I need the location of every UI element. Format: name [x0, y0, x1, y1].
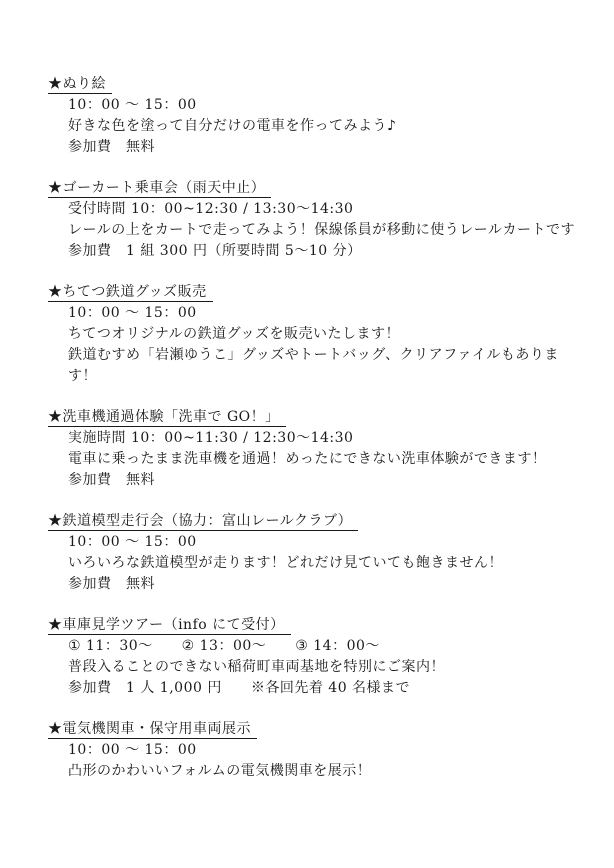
- event-title-text: ★鉄道模型走行会（協力：富山レールクラブ）: [48, 513, 358, 531]
- event-section-locomotive-display: ★電気機関車・保守用車両展示 10：00 ～ 15：00 凸形のかわいいフォルム…: [48, 719, 578, 782]
- event-title: ★電気機関車・保守用車両展示: [48, 719, 578, 740]
- event-section-gokart: ★ゴーカート乗車会（雨天中止） 受付時間 10：00~12:30 / 13:30…: [48, 178, 578, 262]
- event-title-text: ★車庫見学ツアー（info にて受付）: [48, 617, 291, 635]
- event-section-nurie: ★ぬり絵 10：00 ～ 15：00 好きな色を塗って自分だけの電車を作ってみよ…: [48, 74, 578, 158]
- event-fee: 参加費 無料: [68, 574, 578, 595]
- event-title-text: ★電気機関車・保守用車両展示: [48, 721, 257, 739]
- event-title: ★ちてつ鉄道グッズ販売: [48, 282, 578, 303]
- event-flyer-page: ★ぬり絵 10：00 ～ 15：00 好きな色を塗って自分だけの電車を作ってみよ…: [0, 0, 614, 868]
- event-title-text: ★ちてつ鉄道グッズ販売: [48, 284, 213, 302]
- event-description: 電車に乗ったまま洗車機を通過！めったにできない洗車体験ができます！: [68, 449, 578, 470]
- event-section-model-trains: ★鉄道模型走行会（協力：富山レールクラブ） 10：00 ～ 15：00 いろいろ…: [48, 511, 578, 595]
- event-title: ★ゴーカート乗車会（雨天中止）: [48, 178, 578, 199]
- event-time: 10：00 ～ 15：00: [68, 740, 578, 761]
- event-title: ★車庫見学ツアー（info にて受付）: [48, 615, 578, 636]
- event-time-slots: ① 11：30～ ② 13：00～ ③ 14：00～: [68, 636, 578, 657]
- event-fee: 参加費 1 組 300 円（所要時間 5～10 分）: [68, 241, 578, 262]
- event-fee: 参加費 無料: [68, 470, 578, 491]
- event-title: ★洗車機通過体験「洗車で GO！」: [48, 407, 578, 428]
- event-fee: 参加費 無料: [68, 137, 578, 158]
- event-description: 普段入ることのできない稲荷町車両基地を特別にご案内！: [68, 657, 578, 678]
- event-title: ★ぬり絵: [48, 74, 578, 95]
- event-description: レールの上をカートで走ってみよう！保線係員が移動に使うレールカートです: [68, 220, 578, 241]
- event-description: 凸形のかわいいフォルムの電気機関車を展示！: [68, 761, 578, 782]
- event-title-text: ★ぬり絵: [48, 76, 112, 94]
- event-description: 鉄道むすめ「岩瀬ゆうこ」グッズやトートバッグ、クリアファイルもあります！: [68, 345, 578, 387]
- event-title: ★鉄道模型走行会（協力：富山レールクラブ）: [48, 511, 578, 532]
- event-description: いろいろな鉄道模型が走ります！どれだけ見ていても飽きません！: [68, 553, 578, 574]
- event-time: 10：00 ～ 15：00: [68, 303, 578, 324]
- event-section-goods: ★ちてつ鉄道グッズ販売 10：00 ～ 15：00 ちてつオリジナルの鉄道グッズ…: [48, 282, 578, 387]
- event-time: 実施時間 10：00~11:30 / 12:30～14:30: [68, 428, 578, 449]
- event-title-text: ★洗車機通過体験「洗車で GO！」: [48, 409, 286, 427]
- event-description: ちてつオリジナルの鉄道グッズを販売いたします！: [68, 324, 578, 345]
- event-title-text: ★ゴーカート乗車会（雨天中止）: [48, 180, 271, 198]
- event-time: 10：00 ～ 15：00: [68, 95, 578, 116]
- event-fee: 参加費 1 人 1,000 円 ※各回先着 40 名様まで: [68, 678, 578, 699]
- event-time: 10：00 ～ 15：00: [68, 532, 578, 553]
- event-section-carwash: ★洗車機通過体験「洗車で GO！」 実施時間 10：00~11:30 / 12:…: [48, 407, 578, 491]
- event-section-depot-tour: ★車庫見学ツアー（info にて受付） ① 11：30～ ② 13：00～ ③ …: [48, 615, 578, 699]
- event-description: 好きな色を塗って自分だけの電車を作ってみよう♪: [68, 116, 578, 137]
- event-time: 受付時間 10：00~12:30 / 13:30～14:30: [68, 199, 578, 220]
